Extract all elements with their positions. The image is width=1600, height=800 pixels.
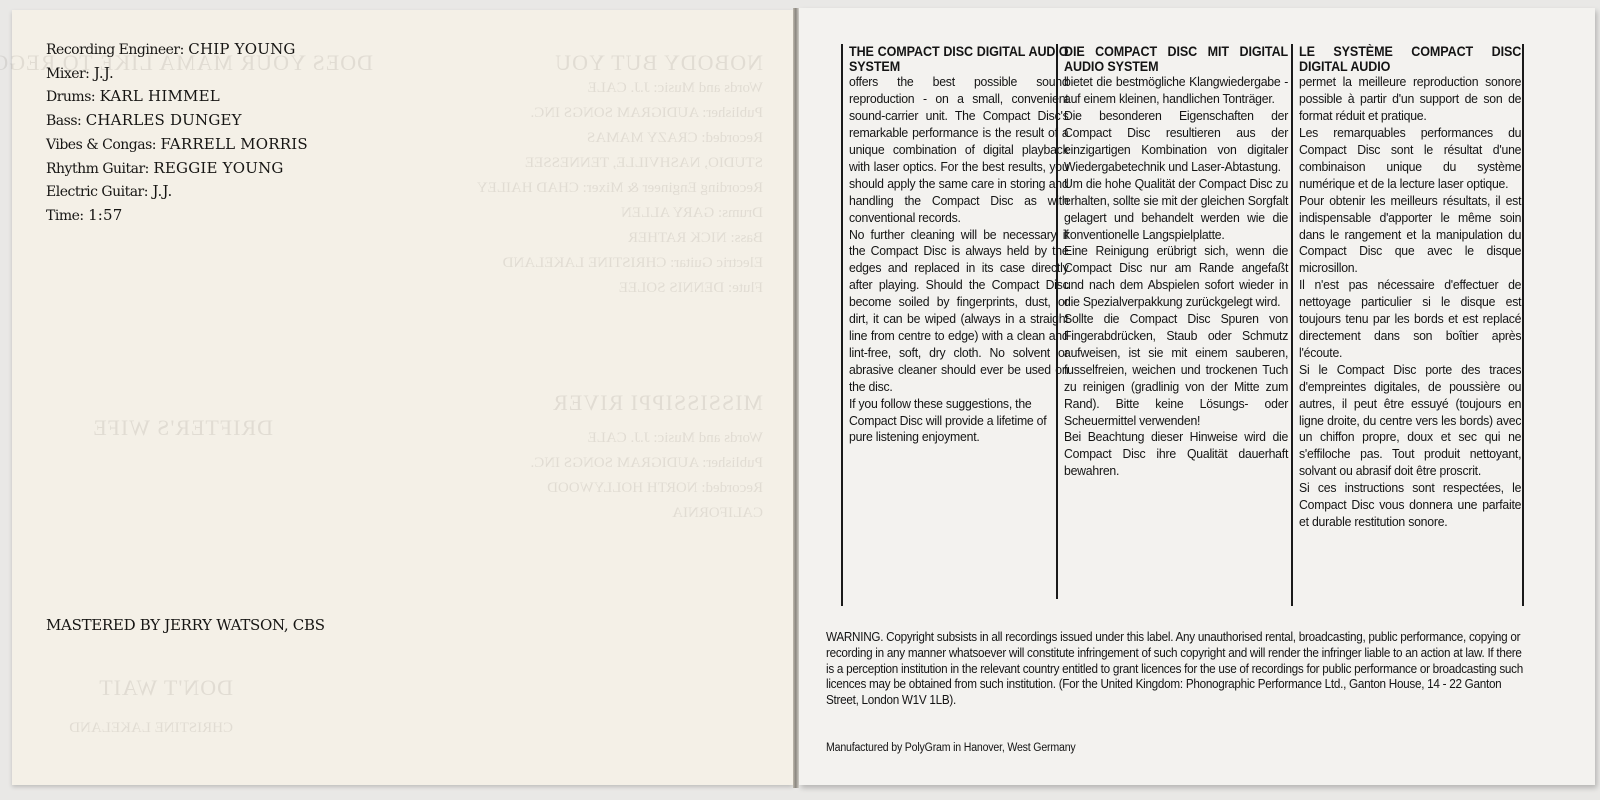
ghost-line: DRIFTER'S WIFE (92, 415, 273, 441)
paragraph: Die besonderen Eigenschaften der Compact… (1064, 108, 1288, 176)
paragraph: Si le Compact Disc porte des traces d'em… (1299, 362, 1521, 480)
ghost-line: Recorded: CRAZY MAMAS (587, 130, 763, 147)
mastered-by-note: MASTERED BY JERRY WATSON, CBS (46, 616, 325, 634)
manufacturer-note: Manufactured by PolyGram in Hanover, Wes… (826, 742, 1076, 754)
ghost-line: Flute: DENNIS SOLEE (619, 280, 763, 297)
ghost-line: Publisher: AUDIGRAM SONGS INC. (530, 455, 763, 472)
paragraph: Eine Reinigung erübrigt sich, wenn die C… (1064, 243, 1288, 311)
credit-value: CHARLES DUNGEY (86, 111, 242, 129)
track-credits: Recording Engineer: CHIP YOUNG Mixer: J.… (46, 38, 308, 228)
credit-value: J.J. (152, 182, 172, 200)
credit-label: Drums: (46, 89, 95, 105)
booklet-left-page: NOBODY BUT YOU Words and Music: J.J. CAL… (12, 10, 793, 785)
ghost-line: CALIFORNIA (672, 505, 763, 522)
column-heading: LE SYSTÈME COMPACT DISC DIGITAL AUDIO (1299, 44, 1521, 74)
credit-value: J.J. (94, 64, 114, 82)
paragraph: permet la meilleure reproduction sonore … (1299, 74, 1521, 125)
credit-line: Mixer: J.J. (46, 62, 308, 86)
ghost-line: Recording Engineer & Mixer: CHAD HAILEY (477, 180, 763, 197)
ghost-line: Electric Guitar: CHRISTINE LAKELAND (503, 255, 763, 272)
ghost-line: Recorded: NORTH HOLLYWOOD (547, 480, 763, 497)
credit-value: KARL HIMMEL (100, 87, 220, 105)
credit-line: Electric Guitar: J.J. (46, 180, 308, 204)
ghost-line: Bass: NICK RATHER (628, 230, 763, 247)
credit-value: REGGIE YOUNG (153, 159, 283, 177)
credit-label: Rhythm Guitar: (46, 161, 149, 177)
paragraph: bietet die bestmögliche Klangwiedergabe … (1064, 74, 1288, 108)
paragraph: Um die hohe Qualität der Compact Disc zu… (1064, 176, 1288, 244)
ghost-line: Publisher: AUDIGRAM SONGS INC. (530, 105, 763, 122)
credit-label: Electric Guitar: (46, 184, 148, 200)
ghost-line: Words and Music: J.J. CALE (588, 430, 763, 447)
paragraph: Bei Beachtung dieser Hinweise wird die C… (1064, 429, 1288, 480)
paragraph: Si ces instructions sont respectées, le … (1299, 480, 1521, 531)
paragraph: If you follow these suggestions, the Com… (849, 396, 1068, 447)
column-german: DIE COMPACT DISC MIT DIGITAL AUDIO SYSTE… (1064, 44, 1288, 480)
paragraph: Sollte die Compact Disc Spuren von Finge… (1064, 311, 1288, 429)
credit-label: Recording Engineer: (46, 42, 184, 58)
ghost-line: MISSISSIPPI RIVER (552, 390, 763, 416)
ghost-line: DON'T WAIT (98, 675, 233, 701)
ghost-line: NOBODY BUT YOU (554, 50, 763, 76)
ghost-line: STUDIO, NASHVILLE, TENNESSEE (525, 155, 763, 172)
credit-line: Vibes & Congas: FARRELL MORRIS (46, 133, 308, 157)
paragraph: Il n'est pas nécessaire d'effectuer de n… (1299, 277, 1521, 362)
credit-label: Bass: (46, 113, 81, 129)
paragraph: Pour obtenir les meilleurs résultats, il… (1299, 193, 1521, 278)
column-rule (1522, 44, 1524, 606)
credit-line: Recording Engineer: CHIP YOUNG (46, 38, 308, 62)
column-heading: THE COMPACT DISC DIGITAL AUDIO SYSTEM (849, 44, 1068, 74)
column-english: THE COMPACT DISC DIGITAL AUDIO SYSTEM of… (849, 44, 1068, 446)
credit-value: FARRELL MORRIS (160, 135, 307, 153)
credit-line: Rhythm Guitar: REGGIE YOUNG (46, 157, 308, 181)
column-french: LE SYSTÈME COMPACT DISC DIGITAL AUDIO pe… (1299, 44, 1521, 531)
column-rule (1291, 44, 1293, 606)
paragraph: offers the best possible sound reproduct… (849, 74, 1068, 226)
ghost-line: Drums: GARY ALLEN (621, 205, 763, 222)
credit-line: Bass: CHARLES DUNGEY (46, 109, 308, 133)
credit-label: Time: (46, 208, 84, 224)
credit-line: Time: 1:57 (46, 204, 308, 228)
credit-line: Drums: KARL HIMMEL (46, 85, 308, 109)
ghost-line: CHRISTINE LAKELAND (69, 720, 233, 737)
ghost-line: Words and Music: J.J. CALE (588, 80, 763, 97)
paragraph: Les remarquables performances du Compact… (1299, 125, 1521, 193)
booklet-right-page: THE COMPACT DISC DIGITAL AUDIO SYSTEM of… (799, 8, 1595, 785)
copyright-warning: WARNING. Copyright subsists in all recor… (826, 630, 1524, 709)
paragraph: No further cleaning will be necessary if… (849, 227, 1068, 396)
credit-label: Vibes & Congas: (46, 137, 156, 153)
credit-value: CHIP YOUNG (188, 40, 295, 58)
column-heading: DIE COMPACT DISC MIT DIGITAL AUDIO SYSTE… (1064, 44, 1288, 74)
credit-label: Mixer: (46, 66, 89, 82)
column-rule (841, 44, 843, 606)
credit-value: 1:57 (88, 206, 122, 224)
